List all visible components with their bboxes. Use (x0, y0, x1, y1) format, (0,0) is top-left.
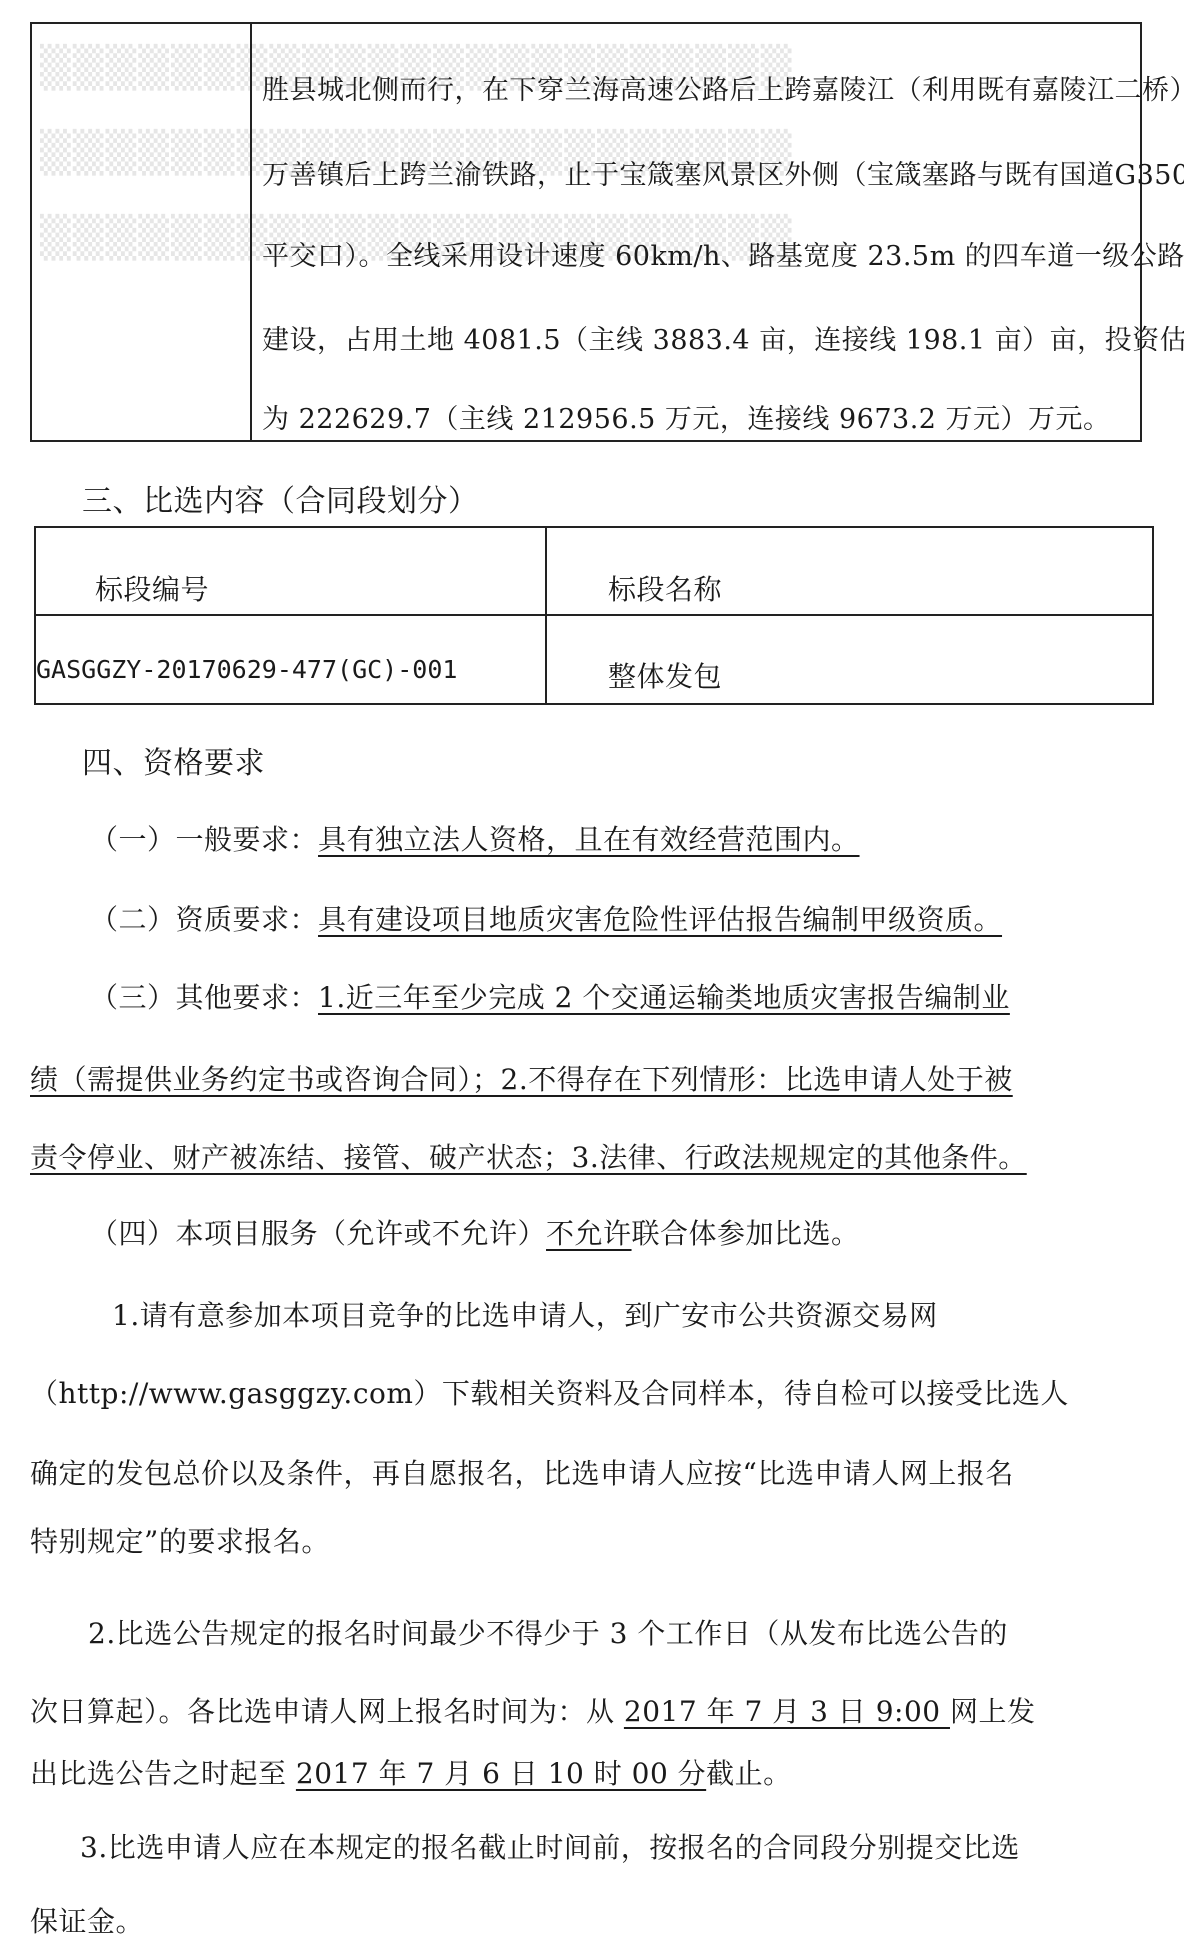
project-table-divider (250, 22, 252, 442)
requirement-other-value: 1.近三年至少完成 2 个交通运输类地质灾害报告编制业 (318, 981, 1010, 1014)
item2-line3-prefix: 出比选公告之时起至 (30, 1757, 296, 1790)
item2-line3: 出比选公告之时起至 2017 年 7 月 6 日 10 时 00 分截止。 (30, 1752, 792, 1792)
item2-line1: 2.比选公告规定的报名时间最少不得少于 3 个工作日（从发布比选公告的 (88, 1612, 1008, 1652)
project-description-line: 建设，占用土地 4081.5（主线 3883.4 亩，连接线 198.1 亩）亩… (262, 318, 1184, 357)
project-description-line: 为 222629.7（主线 212956.5 万元，连接线 9673.2 万元）… (262, 397, 1111, 436)
item3-line2: 保证金。 (30, 1900, 144, 1940)
project-description-line: 平交口）。全线采用设计速度 60km/h、路基宽度 23.5m 的四车道一级公路… (262, 234, 1184, 273)
requirement-general: （一）一般要求：具有独立法人资格，且在有效经营范围内。 (90, 818, 860, 858)
requirement-qualification-label: （二）资质要求： (90, 903, 318, 936)
section4-heading: 四、资格要求 (82, 738, 265, 782)
item1-line3: 确定的发包总价以及条件，再自愿报名，比选申请人应按“比选申请人网上报名 (30, 1452, 1014, 1492)
project-table-left-cell (32, 24, 248, 440)
requirement-qualification-value: 具有建设项目地质灾害危险性评估报告编制甲级资质。 (318, 903, 1002, 936)
requirement-consortium-value: 不允许 (546, 1217, 632, 1250)
item1-line4: 特别规定”的要求报名。 (30, 1520, 330, 1560)
section3-heading: 三、比选内容（合同段划分） (82, 476, 479, 520)
item2-line2-suffix: 网上发 (950, 1695, 1036, 1728)
requirement-other-line1: （三）其他要求：1.近三年至少完成 2 个交通运输类地质灾害报告编制业 (90, 976, 1010, 1016)
table-header-section-number: 标段编号 (95, 568, 209, 608)
requirement-consortium-prefix: （四）本项目服务（允许或不允许） (90, 1217, 546, 1250)
item2-line3-suffix: 截止。 (706, 1757, 792, 1790)
registration-start-time: 2017 年 7 月 3 日 9:00 (624, 1695, 950, 1728)
requirement-other-line2: 绩（需提供业务约定书或咨询合同）；2.不得存在下列情形：比选申请人处于被 (30, 1058, 1013, 1098)
table-cell-section-name: 整体发包 (608, 655, 722, 695)
item2-line2-prefix: 次日算起）。各比选申请人网上报名时间为：从 (30, 1695, 624, 1728)
item3-line1: 3.比选申请人应在本规定的报名截止时间前，按报名的合同段分别提交比选 (80, 1826, 1020, 1866)
contract-section-table-row-divider (34, 614, 1154, 616)
table-cell-section-number: GASGGZY-20170629-477(GC)-001 (36, 655, 457, 684)
requirement-consortium-suffix: 联合体参加比选。 (632, 1217, 860, 1250)
project-description-line: 万善镇后上跨兰渝铁路，止于宝箴塞风景区外侧（宝箴塞路与既有国道G350相交的 (262, 153, 1184, 192)
requirement-other-line3: 责令停业、财产被冻结、接管、破产状态；3.法律、行政法规规定的其他条件。 (30, 1136, 1027, 1176)
item1-line2: （http://www.gasggzy.com）下载相关资料及合同样本，待自检可… (30, 1372, 1069, 1412)
requirement-general-value: 具有独立法人资格，且在有效经营范围内。 (318, 823, 860, 856)
registration-end-time: 2017 年 7 月 6 日 10 时 00 分 (296, 1757, 706, 1790)
item2-line2: 次日算起）。各比选申请人网上报名时间为：从 2017 年 7 月 3 日 9:0… (30, 1690, 1036, 1730)
requirement-qualification: （二）资质要求：具有建设项目地质灾害危险性评估报告编制甲级资质。 (90, 898, 1002, 938)
item1-line1: 1.请有意参加本项目竞争的比选申请人，到广安市公共资源交易网 (112, 1294, 938, 1334)
project-description-line: 胜县城北侧而行，在下穿兰海高速公路后上跨嘉陵江（利用既有嘉陵江二桥），经 (262, 68, 1184, 107)
table-header-section-name: 标段名称 (608, 568, 722, 608)
requirement-general-label: （一）一般要求： (90, 823, 318, 856)
requirement-other-label: （三）其他要求： (90, 981, 318, 1014)
requirement-consortium: （四）本项目服务（允许或不允许）不允许联合体参加比选。 (90, 1212, 860, 1252)
